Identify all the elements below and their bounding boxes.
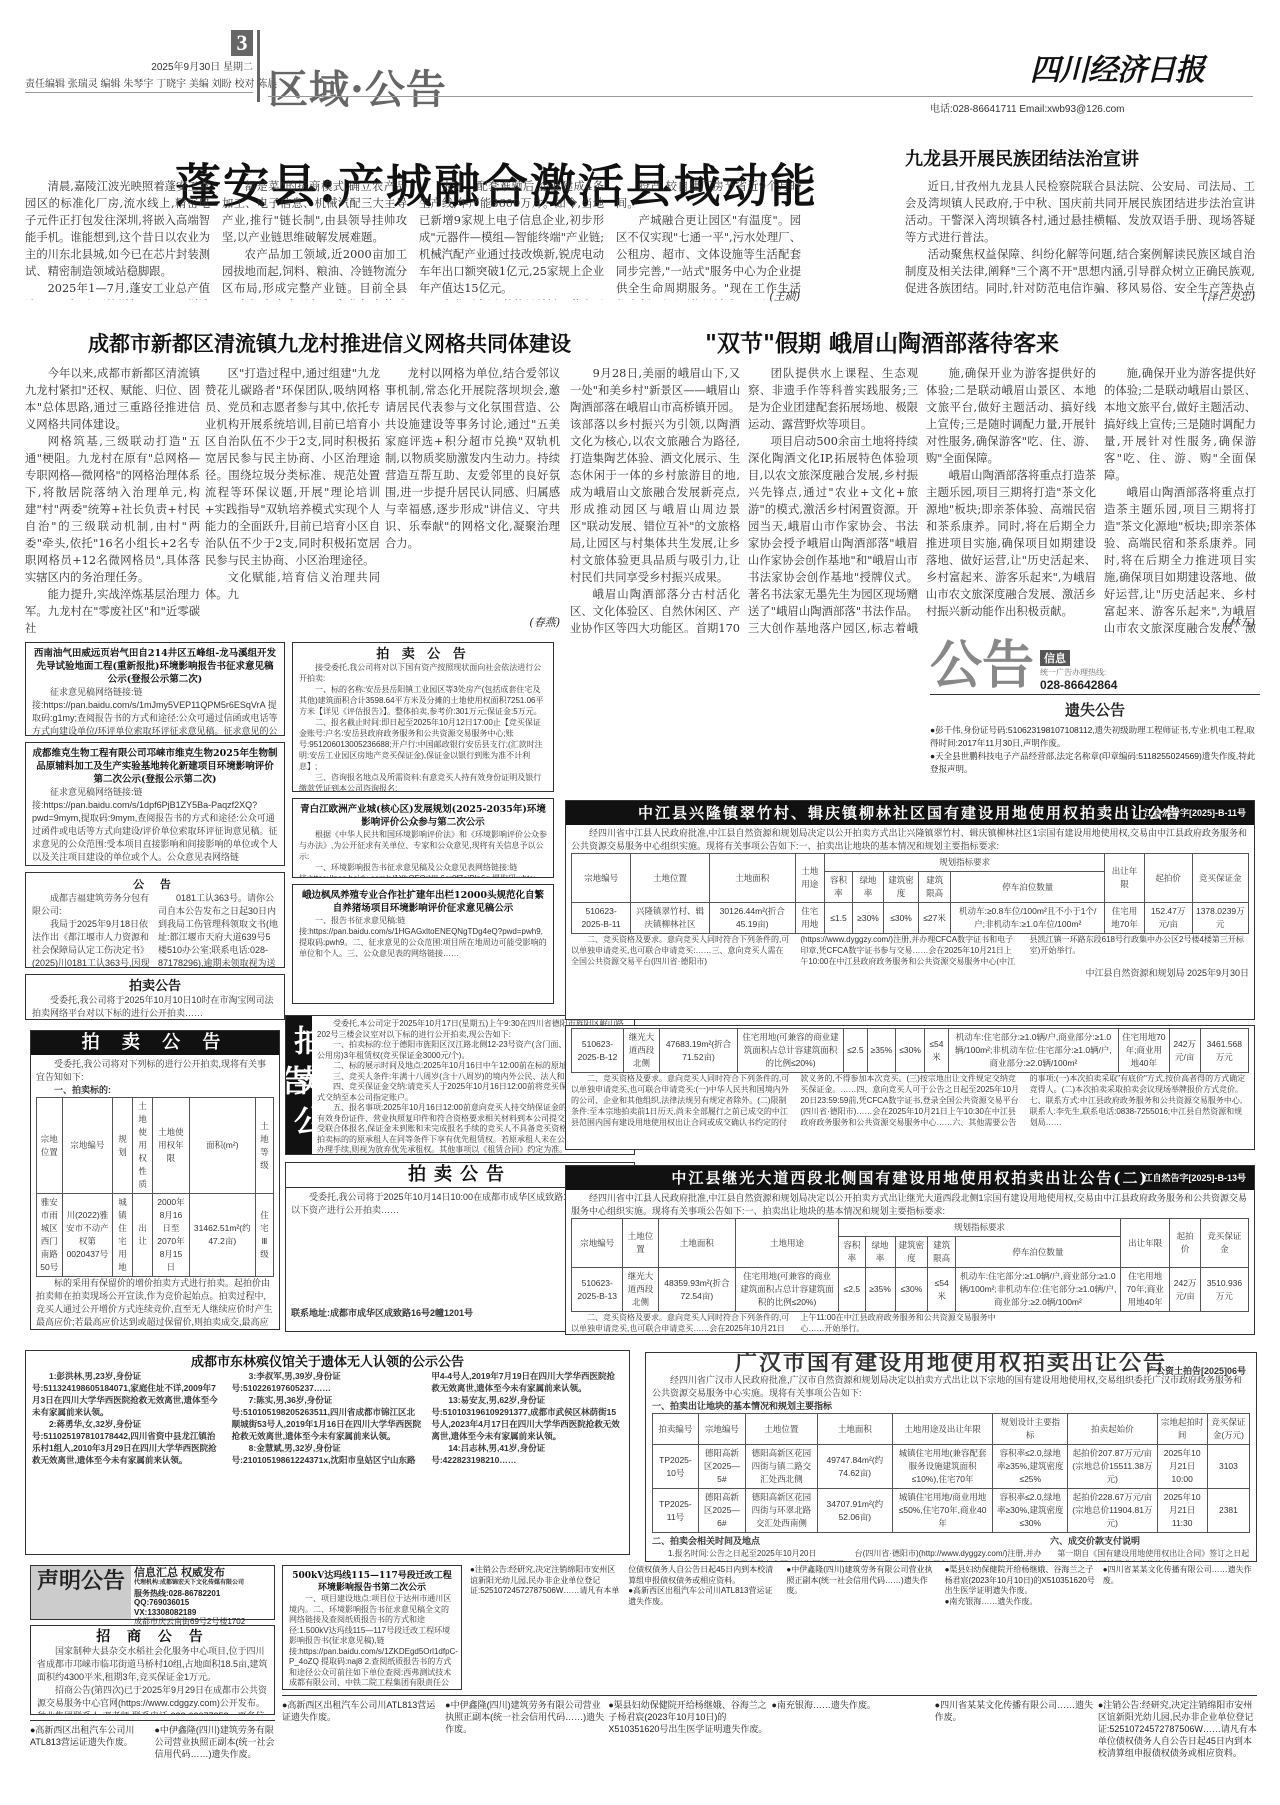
article2-col-3: 龙村以网格为单位,结合爱邻议事机制,常态化开展院落坝坝会,邀请居民代表参与文化氛… (385, 365, 560, 633)
classified-item: ●渠县妇幼保健院开给杨继娥、谷海兰之子杨君宸(2023年10月10日)的X510… (608, 1699, 767, 1795)
paragraph: 清晨,嘉陵江波光映照着蓬安工业园区的标准化厂房,流水线上,精密电子元件正打包发往… (25, 178, 210, 280)
env-notice-weike: 成都维克生物工程有限公司邛崃市维克生物2025年生物制品原辅料加工及生产实验基地… (25, 742, 285, 866)
paragraph: 根据《中华人民共和国环境影响评价法》和《环境影响评价公众参与办法》,为公开征求有… (299, 829, 547, 862)
paragraph: 产业要发展,载体是关键。蓬安以园区扩容提质为抓手,三年累计拓展工业用地2500亩… (419, 297, 604, 300)
paragraph: 国家制种大县杂交水稻社会化服务中心项目,位于四川省成都市邛崃市临邛街道马桥村10… (37, 1645, 268, 1684)
env-notice-qingbaijiang: 青白江欧洲产业城(核心区)发展规划(2025-2035年)环境影响评价公众参与第… (292, 798, 554, 878)
paragraph: 项目启动500余亩土地将持续深化陶酒文化IP,拓展特色体验项目,以农文旅深度融合… (748, 433, 918, 633)
auction-notice-small: 拍卖公告 受委托,我公司将于2025年10月10日10时在市淘宝网司法拍卖网络平… (25, 974, 285, 1020)
classified-notices-left: ●高新西区出租汽车公司川ATL813营运证遗失作废。 ●中伊鑫隆(四川)建筑劳务… (30, 1720, 275, 1795)
side-headline: 九龙县开展民族团结法治宣讲 (905, 145, 1139, 171)
yaan-lot-table: 宗地位置宗地编号规划土地使用权性质土地使用权年限面积(m²)土地等级 雅安市雨城… (36, 1097, 274, 1277)
classified-item: ●南充银海……遗失作废。 (772, 1699, 931, 1795)
paragraph: 施,确保开业为游客提供好的体验;二是联动峨眉山景区、本地文旅平台,做好主题活动、… (926, 365, 1096, 467)
article2-col-1: 今年以来,成都市新都区清流镇九龙村紧扣"还权、赋能、归位、固本"总体思路,通过三… (25, 365, 200, 633)
paragraph: 招商公告(第四次)已于2025年9月29日在成都市公共资源交易服务中心官网(ht… (37, 1684, 268, 1715)
paragraph: 我局于2025年9月18日依法作出《都江堰市人力资源和社会保障局认定工伤决定书》… (32, 918, 152, 968)
paragraph: 峨眉山陶酒部落将重点打造茶主题乐园,项目三期将打造"茶文化源地"板块;即亲茶体验… (926, 467, 1096, 620)
land-auction-zhongjiang-b13: 中江县继光大道西段北侧国有建设用地使用权拍卖出让公告(二)江自然告字[2025]… (565, 1165, 1255, 1335)
table-row: TP2025-11号德阳高新区2025—6#德阳高新区花园四街与环翠北路交汇处西… (653, 1489, 1250, 1533)
paragraph: 峨眉山陶酒部落将重点打造茶主题乐园,项目三期将打造"茶文化源地"板块;即亲茶体验… (1104, 484, 1256, 633)
paragraph: 能力提升,实战淬炼基层治理力军。九龙村在"零废社区"和"近零碳社 (25, 586, 200, 633)
article3-col-3: 施,确保开业为游客提供好的体验;二是联动峨眉山景区、本地文旅平台,做好主题活动、… (926, 365, 1096, 633)
article2-byline: (春燕) (480, 614, 560, 630)
lost-notice-panel: 公告 信息 统一广告办理热线: 028-86642864 遗失公告 ●彭千伟,身… (930, 640, 1260, 800)
editors-line: 责任编辑 张瑞灵 编辑 朱琴宇 丁晓宇 美编 刘盼 校对 陈晨 (25, 75, 253, 90)
newspaper-logo: 四川经济日报 (1030, 45, 1204, 89)
classified-notices: ●高新西区出租汽车公司川ATL813营运证遗失作废。 ●中伊鑫隆(四川)建筑劳务… (282, 1695, 1257, 1795)
notice-entry: 3:李叔军,男,39岁,身份证号:510226197605237…… (232, 1370, 424, 1394)
paragraph: 区"打造过程中,通过组建"九龙赞花儿碳路者"环保团队,吸纳网格员、党员和志愿者参… (205, 365, 380, 569)
lead-col-4: 投产,较自建厂房节省近9个月时间。产城融合更让园区"有温度"。园区不仅实现"七通… (616, 178, 801, 300)
hotline-number: 028-86642864 (1040, 678, 1117, 692)
notice-big-char: 公告 (930, 640, 1034, 692)
investment-notice: 招 商 公 告 国家制种大县杂交水稻社会化服务中心项目,位于四川省成都市邛崃市临… (30, 1625, 275, 1715)
paragraph: 农产品加工领域,近2000亩加工园拔地而起,饲料、粮油、冷链物流分区布局,形成完… (222, 246, 407, 300)
classified-notices-upper: ●注销公告:经研究,决定注销绵阳市安州区谊新阳光幼儿园,民办非企业单位登记证:5… (470, 1565, 1255, 1690)
paragraph: 龙村以网格为单位,结合爱邻议事机制,常态化开展院落坝坝会,邀请居民代表参与文化氛… (385, 365, 560, 552)
classified-item: ●高新西区出租汽车公司川ATL813营运证遗失作废。 (282, 1699, 441, 1795)
hotline-label: 统一广告办理热线: (1040, 667, 1117, 678)
classified-item: ●四川省某某文化传播有限公司……遗失作废。 (935, 1699, 1094, 1795)
paragraph: 成都吉福建筑劳务分包有限公司: (32, 892, 152, 918)
zhongjiang-b12-table: 510623-2025-B-12继光大道西段北侧47683.19m²(折合71.… (571, 1028, 1249, 1073)
side-body: 近日,甘孜州九龙县人民检察院联合县法院、公安局、司法局、工会及湾坝镇人民政府,于… (905, 178, 1255, 298)
auction-vertical-label: 拍卖公告 (286, 1016, 312, 1154)
lost-notice-item: ●天全县世鹏科技电子产品经营部,法定名称章(印章编码:5118255024569… (930, 750, 1260, 776)
paragraph: 二、报名截止时间:即日起至2025年10月12日17:00止【竞买保证金账号:户… (299, 717, 547, 772)
env-notice-500kv: 500kV达玛线115—117号段迁改工程环境影响报告书第二次公示 一、项目建设… (282, 1565, 462, 1690)
masthead-left: 3 2025年9月30日 星期二 责任编辑 张瑞灵 编辑 朱琴宇 丁晓宇 美编 … (25, 30, 253, 90)
article3-col-2: 团队提供水上课程、生态观察、非遗手作等科普实践服务;三是为企业团建配套拓展场地、… (748, 365, 918, 633)
notice-entry: 1:彭洪林,男,23岁,身份证号:511324198605184071,家庭住址… (32, 1370, 224, 1418)
contact-info: 电话:028-86641711 Email:xwb93@126.com (930, 100, 1125, 115)
masthead-vertical-bar (257, 30, 260, 102)
paragraph: 接受委托,我公司将对以下国有资产按照现状面向社会依法进行公开拍卖: (299, 662, 547, 684)
lead-col-2: 都是菜"的招商模式,确立农产品加工、电子信息、机械汽配三大主导产业,推行"链长制… (222, 178, 407, 300)
paragraph: 网格筑基,三级联动打造"五通"梗阻。九龙村在原有"总网格—专职网格—微网格"的网… (25, 433, 200, 586)
article2-headline: 成都市新都区清流镇九龙村推进信义网格共同体建设 (88, 328, 571, 358)
lead-col-3: 人才、配套难题后,企业建成4条生产线,年产能3600万片。如今,当地已新增9家规… (419, 178, 604, 300)
paragraph: 团队提供水上课程、生态观察、非遗手作等科普实践服务;三是为企业团建配套拓展场地、… (748, 365, 918, 433)
zhongjiang-b11-table: 宗地编号土地位置土地面积土地用途 规划指标要求 出让年限起拍价竞买保证金 容积率… (571, 853, 1249, 934)
paragraph: 投产,较自建厂房节省近9个月时间。 (616, 178, 801, 212)
auction-notice-yaan: 拍 卖 公 告 受委托,我公司将对下列标的进行公开拍卖,现将有关事宜告知如下: … (30, 1030, 280, 1330)
classified-item: ●中伊鑫隆(四川)建筑劳务有限公司营业执照正副本(统一社会信用代码……)遗失作废… (445, 1699, 604, 1795)
land-auction-zhongjiang-b12: 510623-2025-B-12继光大道西段北侧47683.19m²(折合71.… (565, 1025, 1255, 1150)
paragraph: 今年以来,成都市新都区清流镇九龙村紧扣"还权、赋能、归位、固本"总体思路,通过三… (25, 365, 200, 433)
issue-date: 2025年9月30日 星期二 (25, 58, 253, 73)
paragraph: 产城融合更让园区"有温度"。园区不仅实现"七通一平",污水处理厂、公租房、超市、… (616, 212, 801, 300)
work-injury-notice: 公 告 成都吉福建筑劳务分包有限公司:我局于2025年9月18日依法作出《都江堰… (25, 872, 285, 968)
paragraph: 2025年1—7月,蓬安工业总产值达38.25亿元,同比增长17.29%,增速领… (25, 280, 210, 300)
section-title: 区域·公告 (268, 58, 447, 115)
article2-col-2: 区"打造过程中,通过组建"九龙赞花儿碳路者"环保团队,吸纳网格员、党员和志愿者参… (205, 365, 380, 633)
lead-col-1: 清晨,嘉陵江波光映照着蓬安工业园区的标准化厂房,流水线上,精密电子元件正打包发往… (25, 178, 210, 300)
paragraph: 都是菜"的招商模式,确立农产品加工、电子信息、机械汽配三大主导产业,推行"链长制… (222, 178, 407, 246)
env-notice-weiyuan: 西南油气田威远页岩气田自214井区五峰组-龙马溪组开发先导试验地面工程(重新报批… (25, 642, 285, 736)
auction-notice-anyue: 拍 卖 公 告 接受委托,我公司将对以下国有资产按照现状面向社会依法进行公开拍卖… (292, 642, 554, 792)
statement-ad-banner: 声明公告 信息汇总 权威发布 代理机构:成都锦宏天下文化传媒有限公司 服务热线:… (30, 1565, 275, 1620)
lost-notice-item: ●彭千伟,身份证号码:510623198107108112,遗失初级助理工程师证… (930, 724, 1260, 750)
masthead-divider (25, 92, 253, 93)
lost-notice-title: 遗失公告 (930, 699, 1260, 720)
article3-col-1: 9月28日,美丽的峨眉山下,又一处"和美乡村"新景区——峨眉山陶酒部落在峨眉山市… (570, 365, 740, 633)
lead-byline: (王硕) (700, 288, 800, 304)
notice-entry: 14:吕志林,男,41岁,身份证号:422823198210…… (431, 1442, 623, 1466)
unclaimed-remains-notice: 成都市东林殡仪馆关于遗体无人认领的公示公告 1:彭洪林,男,23岁,身份证号:5… (25, 1350, 630, 1555)
article3-col-4: 施,确保开业为游客提供好的体验;二是联动峨眉山景区、本地文旅平台,做好主题活动、… (1104, 365, 1256, 633)
article3-byline: (林五) (1180, 614, 1255, 630)
classified-item: ●注销公告:经研究,决定注销绵阳市安州区谊新阳光幼儿园,民办非企业单位登记证:5… (1098, 1699, 1257, 1795)
env-notice-ebian: 峨边枫凤养殖专业合作社扩建年出栏12000头规范化自繁自养猪场项目环境影响评价征… (292, 884, 554, 1004)
notice-entry: 13:易安友,男,62岁,身份证号:510103196109291377,成都市… (431, 1394, 623, 1442)
paragraph: 一、标的名称:安岳县岳阳镇工业园区等3处房产(包括成套住宅及其他)建筑面积合计3… (299, 684, 547, 717)
paragraph: 三、咨询报名地点及所需资料:有意竞买人持有效身份证明及银行缴款凭证到本公司咨询报… (299, 772, 547, 792)
paragraph: 一、环境影响报告书征求意见稿及公众意见表网络链接:链接:https://pan.… (299, 862, 547, 878)
land-auction-zhongjiang-b11: 中江县兴隆镇翠竹村、辑庆镇柳林社区国有建设用地使用权拍卖出让公告江自然告字[20… (565, 800, 1255, 1020)
notice-entry: 7:陈实,男,36岁,身份证号:510105198205263511,四川省成都… (232, 1394, 424, 1442)
paragraph: 近日,甘孜州九龙县人民检察院联合县法院、公安局、司法局、工会及湾坝镇人民政府,于… (905, 178, 1255, 246)
paragraph: 人才、配套难题后,企业建成4条生产线,年产能3600万片。如今,当地已新增9家规… (419, 178, 604, 297)
page-number: 3 (231, 30, 253, 56)
paragraph: 施,确保开业为游客提供好的体验;二是联动峨眉山景区、本地文旅平台,做好主题活动、… (1104, 365, 1256, 484)
zhongjiang-b13-table: 宗地编号土地位置土地面积土地用途 规划指标要求 出让年限起拍价竞买保证金 容积率… (571, 1218, 1249, 1312)
paragraph: 0181工认363号。请你公司自本公告发布之日起30日内到我局工伤管理科领取文书… (158, 892, 278, 968)
article3-headline: "双节"假期 峨眉山陶酒部落待客来 (705, 325, 1059, 358)
notice-entry: 2:蒋勇华,女,32岁,身份证号:511025197810178442,四川省资… (32, 1418, 224, 1466)
header-rule (268, 96, 1253, 97)
statement-big-label: 声明公告 (31, 1566, 131, 1619)
paragraph: 峨眉山陶酒部落分古村活化区、文化体验区、自然休闲区、产业协作区等四大功能区。首期… (570, 586, 740, 633)
paragraph: 9月28日,美丽的峨眉山下,又一处"和美乡村"新景区——峨眉山陶酒部落在峨眉山市… (570, 365, 740, 586)
paragraph: 文化赋能,培育信义治理共同体。九 (205, 569, 380, 603)
guanghan-lot-table: 拍卖编号宗地编号土地位置土地面积土地用途及出让年限规划设计主要指标拍卖起始价宗地… (652, 1413, 1250, 1533)
info-tag: 信息 (1040, 650, 1070, 666)
table-row: TP2025-10号德阳高新区2025—5#德阳高新区花园四街与镇二路交汇处西北… (653, 1445, 1250, 1489)
land-auction-guanghan: 广汉市国有建设用地使用权拍卖出让公告 广公资土拍告[2025]06号 经四川省广… (645, 1352, 1257, 1562)
side-byline: (泽仁央忠) (1150, 288, 1255, 304)
